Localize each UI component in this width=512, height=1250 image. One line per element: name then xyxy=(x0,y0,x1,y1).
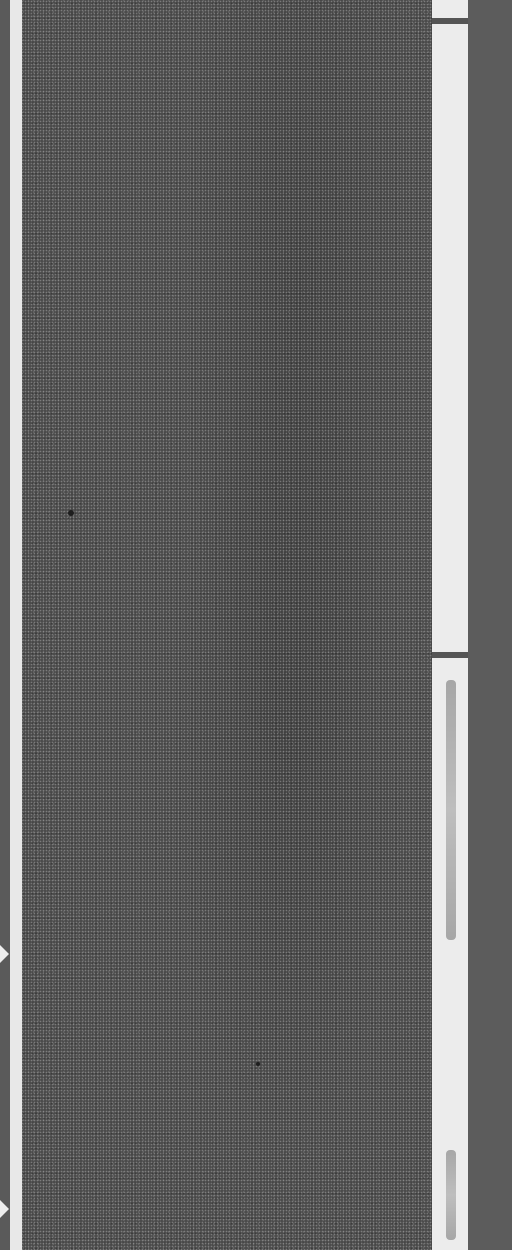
right-lane-line xyxy=(432,0,468,1250)
line-wear xyxy=(446,1150,456,1240)
left-shoulder xyxy=(0,0,10,1250)
right-shoulder xyxy=(468,0,512,1250)
line-wear xyxy=(446,680,456,940)
asphalt-spot xyxy=(68,510,74,516)
left-edge-line xyxy=(10,0,22,1250)
road-marker-triangle xyxy=(0,945,9,963)
line-seam xyxy=(432,652,468,658)
asphalt-spot xyxy=(256,1062,260,1066)
road-surface xyxy=(0,0,512,1250)
line-seam xyxy=(432,18,468,24)
road-marker-triangle xyxy=(0,1200,9,1218)
